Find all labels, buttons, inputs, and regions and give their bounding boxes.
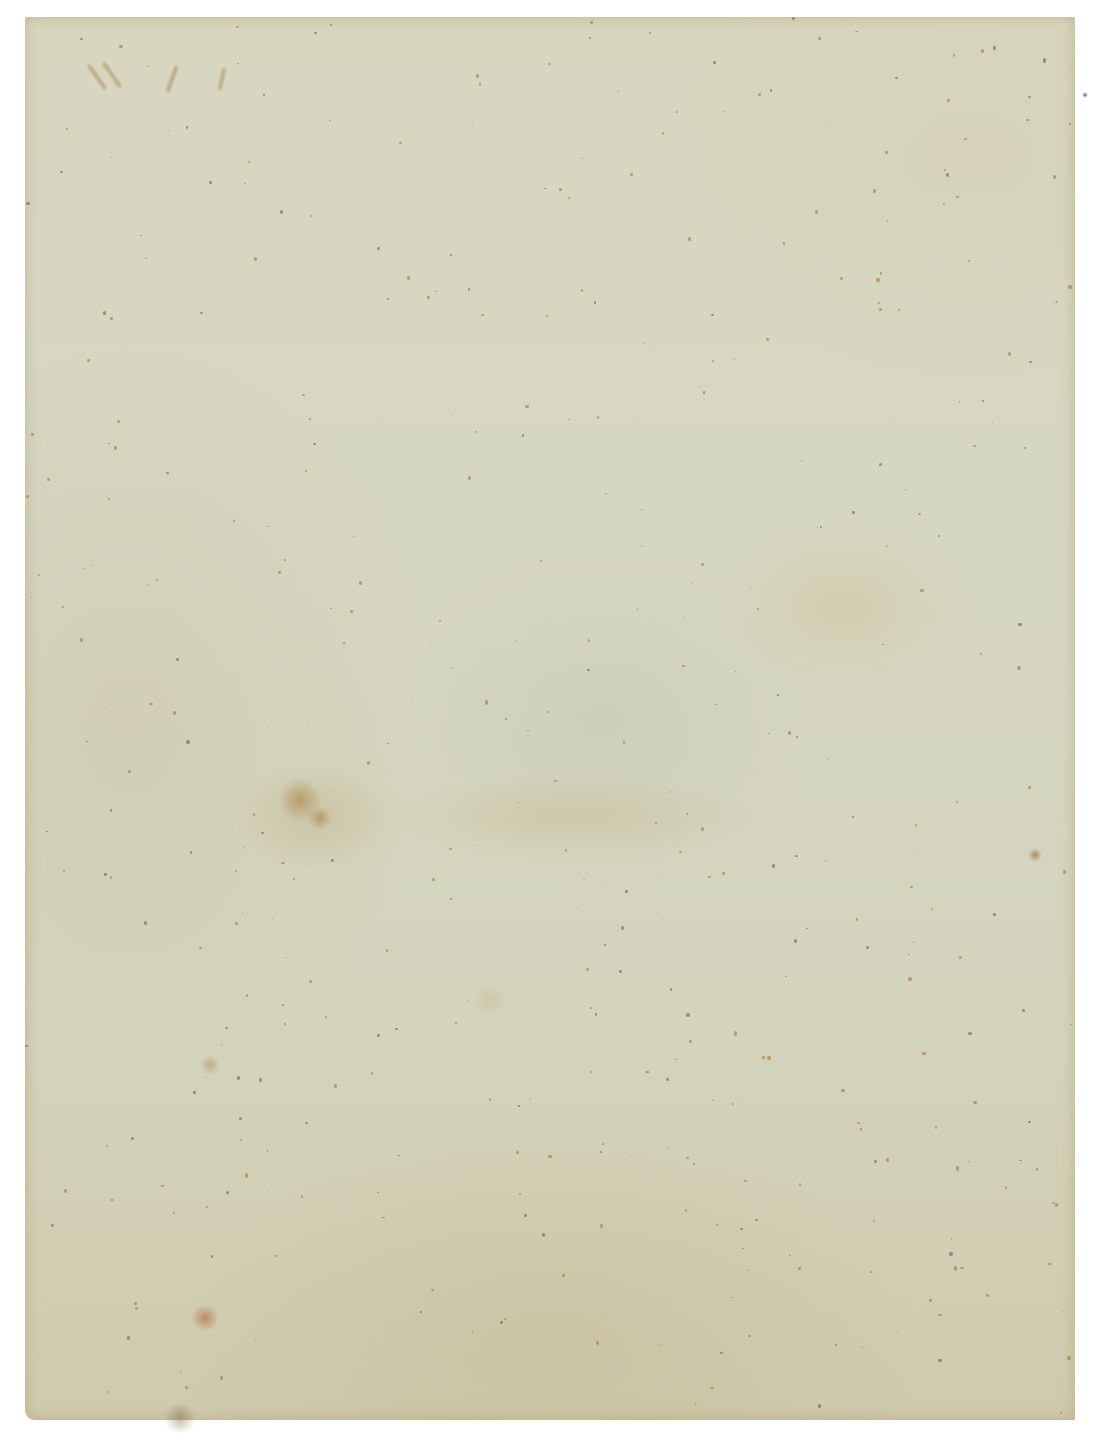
fibre-fleck — [938, 535, 940, 537]
fibre-fleck — [915, 824, 917, 827]
fibre-fleck — [371, 1072, 373, 1075]
fibre-fleck — [914, 850, 916, 852]
fibre-fleck — [284, 1023, 286, 1025]
fibre-fleck — [259, 1078, 262, 1082]
fibre-fleck — [959, 401, 960, 403]
fibre-fleck — [910, 886, 913, 888]
fibre-fleck — [1070, 1024, 1071, 1025]
fibre-fleck — [630, 173, 633, 176]
fibre-fleck — [852, 816, 854, 819]
fibre-fleck — [1022, 1009, 1024, 1012]
fibre-fleck — [576, 908, 577, 909]
fibre-fleck — [31, 433, 34, 436]
fibre-fleck — [485, 700, 488, 705]
fibre-fleck — [740, 1228, 743, 1230]
fibre-fleck — [720, 1352, 723, 1354]
fibre-fleck — [689, 1040, 692, 1043]
fibre-fleck — [1068, 285, 1071, 288]
fibre-fleck — [309, 418, 311, 419]
fibre-fleck — [309, 980, 312, 983]
fibre-fleck — [493, 962, 494, 963]
fibre-fleck — [106, 1145, 108, 1147]
fibre-fleck — [594, 301, 596, 303]
fibre-fleck — [387, 298, 389, 300]
fibre-fleck — [547, 711, 549, 713]
fibre-fleck — [818, 37, 821, 40]
fibre-fleck — [450, 254, 452, 255]
fibre-fleck — [992, 423, 993, 424]
fibre-fleck — [981, 49, 984, 53]
fibre-fleck — [525, 405, 528, 409]
fibre-fleck — [830, 125, 832, 126]
fibre-fleck — [885, 971, 886, 972]
fibre-fleck — [38, 574, 40, 576]
fibre-fleck — [597, 416, 599, 419]
fibre-fleck — [676, 111, 678, 113]
fibre-fleck — [63, 870, 65, 872]
fibre-fleck — [302, 394, 305, 396]
fibre-fleck — [275, 1255, 278, 1257]
fibre-fleck — [796, 736, 797, 738]
fibre-fleck — [841, 1089, 844, 1092]
fibre-fleck — [353, 536, 354, 537]
fibre-fleck — [467, 1000, 468, 1001]
fibre-fleck — [110, 876, 112, 879]
fibre-fleck — [825, 860, 826, 861]
fibre-fleck — [605, 493, 607, 495]
fibre-fleck — [161, 1185, 163, 1186]
fibre-fleck — [114, 446, 117, 449]
fibre-fleck — [272, 919, 273, 920]
fibre-fleck — [475, 431, 477, 433]
fibre-fleck — [218, 811, 219, 812]
fibre-fleck — [431, 1289, 434, 1292]
fibre-fleck — [186, 126, 188, 129]
fibre-fleck — [188, 92, 189, 93]
fibre-fleck — [305, 470, 307, 472]
fibre-fleck — [887, 220, 888, 222]
fibre-fleck — [651, 345, 652, 346]
fibre-fleck — [895, 77, 898, 79]
fibre-fleck — [104, 707, 106, 708]
fibre-fleck — [173, 711, 176, 715]
fibre-fleck — [117, 136, 119, 138]
fibre-fleck — [935, 1126, 937, 1128]
fibre-fleck — [820, 526, 822, 529]
fibre-fleck — [301, 1195, 303, 1197]
fibre-fleck — [542, 1233, 545, 1236]
fibre-fleck — [600, 1151, 602, 1153]
fibre-fleck — [367, 761, 370, 765]
fibre-fleck — [149, 703, 152, 705]
fibre-fleck — [144, 921, 147, 925]
fibre-fleck — [27, 1190, 28, 1191]
fibre-fleck — [237, 63, 239, 64]
fibre-fleck — [387, 743, 389, 744]
fibre-fleck — [604, 944, 606, 945]
fibre-fleck — [880, 272, 882, 275]
fibre-fleck — [1005, 1186, 1008, 1189]
fibre-fleck — [119, 45, 122, 48]
fibre-fleck — [1039, 1131, 1040, 1132]
fibre-fleck — [742, 1097, 744, 1098]
fibre-fleck — [896, 1332, 897, 1333]
fibre-fleck — [243, 846, 245, 848]
fibre-fleck — [817, 527, 818, 528]
fibre-fleck — [646, 1071, 649, 1073]
fibre-fleck — [757, 608, 759, 610]
fibre-fleck — [554, 780, 557, 782]
fibre-fleck — [236, 26, 239, 28]
fibre-fleck — [686, 1013, 689, 1017]
fibre-fleck — [111, 1199, 113, 1201]
fibre-fleck — [435, 291, 437, 292]
fibre-fleck — [785, 976, 786, 977]
fibre-fleck — [185, 1386, 188, 1389]
fibre-fleck — [886, 545, 887, 547]
fibre-fleck — [407, 276, 410, 279]
fibre-fleck — [750, 588, 751, 589]
fibre-fleck — [359, 581, 362, 585]
fibre-fleck — [211, 1255, 213, 1258]
fibre-fleck — [641, 545, 642, 547]
fibre-fleck — [134, 1302, 137, 1306]
fibre-fleck — [947, 99, 950, 101]
fibre-fleck — [827, 758, 828, 760]
fibre-fleck — [221, 1044, 223, 1045]
fibre-fleck — [685, 1209, 687, 1212]
fibre-fleck — [735, 671, 737, 672]
fibre-fleck — [799, 1183, 802, 1185]
fibre-fleck — [91, 565, 92, 566]
fibre-fleck — [450, 898, 453, 900]
fibre-fleck — [649, 32, 651, 34]
fibre-fleck — [548, 63, 551, 65]
fibre-fleck — [235, 922, 238, 924]
fibre-fleck — [386, 949, 388, 952]
fibre-fleck — [734, 1031, 737, 1035]
fibre-fleck — [377, 1034, 380, 1037]
fibre-fleck — [242, 912, 244, 913]
fibre-fleck — [330, 608, 332, 609]
fibre-fleck — [103, 311, 106, 315]
fibre-fleck — [255, 196, 256, 197]
fibre-fleck — [588, 639, 591, 643]
fibre-fleck — [439, 620, 441, 621]
fibre-fleck — [544, 188, 546, 189]
fibre-fleck — [882, 644, 883, 645]
fibre-fleck — [662, 919, 663, 920]
fibre-fleck — [860, 1128, 862, 1130]
fibre-fleck — [233, 520, 235, 521]
fibre-fleck — [993, 46, 996, 49]
fibre-fleck — [968, 1161, 969, 1162]
fibre-fleck — [913, 941, 914, 943]
fibre-fleck — [31, 597, 32, 598]
fibre-fleck — [873, 189, 876, 192]
fibre-fleck — [540, 560, 542, 562]
fibre-fleck — [794, 939, 797, 943]
fibre-fleck — [479, 83, 481, 85]
fibre-fleck — [107, 1391, 108, 1393]
fibre-fleck — [1017, 666, 1020, 670]
fibre-fleck — [395, 1028, 397, 1030]
fibre-fleck — [489, 1098, 491, 1101]
fibre-fleck — [641, 509, 643, 510]
fibre-fleck — [110, 809, 113, 813]
fibre-fleck — [476, 74, 479, 78]
fibre-fleck — [62, 606, 65, 608]
stain-spot — [308, 806, 332, 830]
fibre-fleck — [954, 1266, 957, 1270]
fibre-fleck — [110, 317, 112, 319]
fibre-fleck — [329, 120, 331, 122]
fibre-fleck — [701, 563, 704, 566]
fibre-fleck — [691, 583, 692, 584]
fibre-fleck — [687, 813, 689, 814]
fibre-fleck — [544, 515, 545, 516]
fibre-fleck — [682, 665, 684, 667]
fibre-fleck — [568, 419, 570, 420]
aged-paper-sheet — [25, 17, 1075, 1420]
fibre-fleck — [920, 589, 923, 592]
fibre-fleck — [968, 260, 971, 262]
pencil-mark — [165, 65, 178, 93]
fibre-fleck — [190, 851, 192, 854]
fibre-fleck — [449, 848, 451, 850]
fibre-fleck — [516, 1151, 519, 1154]
fibre-fleck — [104, 873, 107, 875]
fibre-fleck — [670, 791, 672, 793]
stain-spot — [191, 1304, 219, 1332]
fibre-fleck — [518, 1105, 520, 1106]
fibre-fleck — [218, 531, 219, 532]
fibre-fleck — [747, 1270, 748, 1271]
fibre-fleck — [876, 278, 879, 283]
fibre-fleck — [206, 1077, 207, 1078]
fibre-fleck — [64, 1189, 67, 1193]
fibre-fleck — [581, 158, 582, 159]
fibre-fleck — [173, 1212, 175, 1213]
fibre-fleck — [598, 717, 599, 718]
fibre-fleck — [1028, 786, 1031, 789]
fibre-fleck — [86, 741, 87, 742]
fibre-fleck — [108, 443, 110, 445]
fibre-fleck — [148, 584, 149, 585]
fibre-fleck — [156, 579, 158, 581]
fibre-fleck — [51, 1224, 54, 1227]
fibre-fleck — [131, 1137, 134, 1140]
fibre-fleck — [199, 947, 201, 949]
fibre-fleck — [285, 957, 286, 958]
fibre-fleck — [331, 859, 334, 862]
fibre-fleck — [938, 1314, 941, 1317]
fibre-fleck — [703, 391, 705, 394]
fibre-fleck — [623, 741, 625, 744]
fibre-fleck — [313, 443, 316, 445]
fibre-fleck — [982, 400, 984, 402]
fibre-fleck — [135, 1307, 138, 1310]
fibre-fleck — [583, 879, 585, 880]
fibre-fleck — [835, 1344, 837, 1346]
fibre-fleck — [973, 445, 976, 447]
stain-spot — [164, 1402, 196, 1434]
fibre-fleck — [956, 801, 958, 803]
fibre-fleck — [268, 1191, 269, 1192]
fibre-fleck — [666, 1078, 669, 1081]
fibre-fleck — [587, 669, 589, 672]
fibre-fleck — [953, 54, 955, 57]
fibre-fleck — [254, 257, 257, 261]
fibre-fleck — [518, 802, 519, 803]
fibre-fleck — [522, 434, 524, 436]
fibre-fleck — [788, 731, 791, 734]
fibre-fleck — [766, 338, 769, 341]
fibre-fleck — [280, 210, 283, 214]
fibre-fleck — [451, 415, 452, 416]
fibre-fleck — [670, 988, 672, 991]
fibre-fleck — [334, 1084, 337, 1087]
fibre-fleck — [253, 813, 256, 816]
fibre-fleck — [956, 196, 958, 198]
fibre-fleck — [734, 358, 736, 359]
fibre-fleck — [788, 924, 789, 925]
fibre-fleck — [792, 17, 795, 20]
fibre-fleck — [581, 289, 583, 292]
fibre-fleck — [625, 890, 628, 893]
fibre-fleck — [530, 1098, 531, 1099]
fibre-fleck — [695, 1403, 697, 1405]
fibre-fleck — [546, 315, 548, 317]
fibre-fleck — [688, 237, 691, 241]
fibre-fleck — [80, 38, 83, 41]
fibre-fleck — [798, 1267, 801, 1270]
fibre-fleck — [679, 851, 682, 853]
stain-spot — [200, 1055, 220, 1075]
fibre-fleck — [60, 171, 63, 173]
fibre-fleck — [673, 342, 674, 343]
fibre-fleck — [237, 1076, 240, 1079]
fibre-fleck — [683, 617, 684, 618]
fibre-fleck — [618, 90, 620, 92]
fibre-fleck — [455, 1022, 456, 1024]
fibre-fleck — [758, 93, 761, 96]
fibre-fleck — [938, 1359, 941, 1362]
fibre-fleck — [631, 1156, 632, 1157]
fibre-fleck — [840, 277, 842, 280]
fibre-fleck — [1070, 70, 1072, 71]
fibre-fleck — [964, 138, 967, 141]
fibre-fleck — [856, 918, 858, 920]
fibre-fleck — [732, 1103, 734, 1105]
fibre-fleck — [855, 31, 858, 33]
fibre-fleck — [959, 956, 962, 959]
fibre-fleck — [293, 878, 296, 880]
fibre-fleck — [524, 1214, 527, 1216]
fibre-fleck — [1036, 1168, 1038, 1171]
fibre-fleck — [226, 1191, 229, 1194]
fibre-fleck — [777, 694, 780, 696]
fibre-fleck — [767, 1056, 770, 1060]
fibre-fleck — [314, 32, 317, 34]
fibre-fleck — [908, 954, 911, 956]
fibre-fleck — [815, 210, 818, 214]
fibre-fleck — [596, 1341, 599, 1345]
fibre-fleck — [451, 667, 454, 669]
fibre-fleck — [284, 559, 286, 561]
fibre-fleck — [26, 495, 29, 498]
fibre-fleck — [929, 1299, 932, 1302]
fibre-fleck — [874, 1160, 877, 1163]
fibre-fleck — [951, 1238, 953, 1240]
fibre-fleck — [678, 845, 679, 846]
fibre-fleck — [468, 288, 470, 291]
stain-spot — [1082, 92, 1088, 98]
fibre-fleck — [1024, 447, 1026, 449]
fibre-fleck — [377, 247, 380, 250]
fibre-fleck — [176, 658, 179, 661]
fibre-fleck — [960, 1267, 963, 1270]
fibre-fleck — [145, 258, 147, 259]
fibre-fleck — [209, 181, 212, 184]
fibre-fleck — [562, 1274, 565, 1277]
fibre-fleck — [818, 1404, 821, 1408]
fibre-fleck — [239, 1117, 242, 1120]
fibre-fleck — [783, 242, 786, 245]
fibre-fleck — [1008, 352, 1011, 356]
fibre-fleck — [510, 1290, 511, 1292]
fibre-fleck — [718, 619, 720, 620]
fibre-fleck — [166, 472, 169, 474]
fibre-fleck — [220, 1376, 223, 1379]
fibre-fleck — [244, 183, 245, 184]
fibre-fleck — [311, 215, 313, 217]
fibre-fleck — [879, 308, 882, 311]
fibre-fleck — [619, 970, 622, 973]
fibre-fleck — [108, 498, 110, 500]
fibre-fleck — [590, 1071, 592, 1073]
fibre-fleck — [519, 1193, 521, 1195]
fibre-fleck — [1029, 361, 1031, 363]
fibre-fleck — [180, 1372, 182, 1374]
fibre-fleck — [1048, 1263, 1050, 1265]
stain-spot — [1028, 848, 1042, 862]
fibre-fleck — [278, 571, 280, 574]
fibre-fleck — [731, 1297, 733, 1298]
fibre-fleck — [46, 831, 47, 832]
fibre-fleck — [140, 235, 142, 237]
fibre-fleck — [1043, 58, 1046, 62]
fibre-fleck — [477, 845, 478, 846]
fibre-fleck — [918, 513, 921, 516]
fibre-fleck — [399, 142, 402, 144]
fibre-fleck — [282, 1004, 284, 1007]
fibre-fleck — [762, 1056, 765, 1058]
fibre-fleck — [956, 1166, 959, 1171]
fibre-fleck — [586, 968, 589, 971]
fibre-fleck — [330, 24, 332, 26]
fibre-fleck — [432, 878, 435, 882]
fibre-fleck — [263, 94, 265, 95]
fibre-fleck — [200, 312, 203, 314]
fibre-fleck — [768, 733, 770, 735]
fibre-fleck — [80, 638, 83, 641]
fibre-fleck — [908, 977, 911, 981]
fibre-fleck — [1053, 175, 1056, 179]
fibre-fleck — [515, 640, 516, 642]
fibre-fleck — [590, 1007, 592, 1009]
fibre-fleck — [662, 132, 665, 135]
